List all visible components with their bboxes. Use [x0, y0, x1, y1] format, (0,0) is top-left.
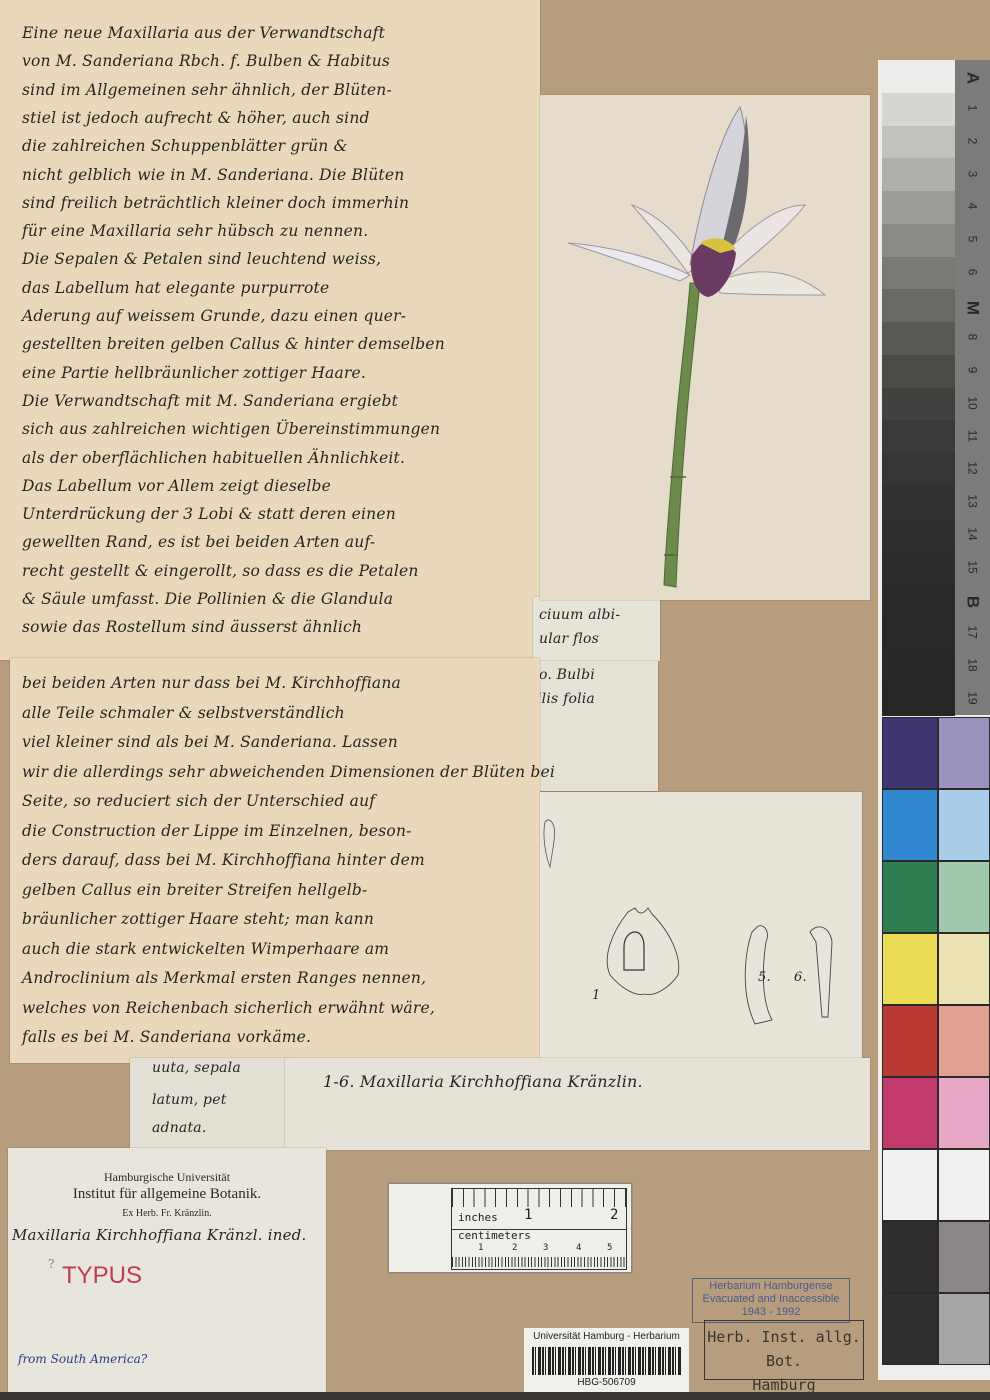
letter-line: bei beiden Arten nur dass bei M. Kirchho…	[22, 674, 401, 692]
letter-line: die zahlreichen Schuppenblätter grün &	[22, 137, 348, 155]
letter-line: wir die allerdings sehr abweichenden Dim…	[22, 763, 555, 781]
letter-line: Eine neue Maxillaria aus der Verwandtsch…	[22, 24, 385, 42]
gray-step	[882, 355, 955, 388]
color-patch	[882, 1221, 938, 1293]
letter-line: Unterdrückung der 3 Lobi & statt deren e…	[22, 505, 396, 523]
letter-line: Seite, so reduciert sich der Unterschied…	[22, 792, 375, 810]
gray-step	[882, 420, 955, 453]
gray-step-label: 1	[966, 91, 980, 126]
color-patch	[938, 933, 990, 1005]
gray-step	[882, 126, 955, 159]
gray-step-label: 11	[966, 418, 980, 453]
gray-step	[882, 224, 955, 257]
gray-step	[882, 519, 955, 552]
origin-note: from South America?	[18, 1352, 147, 1366]
cm-tick-label: 2	[512, 1243, 517, 1253]
pencil-sketch-sheet: 1 5. 6.	[540, 792, 862, 1060]
gray-step	[882, 60, 955, 93]
stamp-line: Evacuated and Inaccessible	[693, 1293, 849, 1306]
gray-step	[882, 257, 955, 290]
gray-step-label: 2	[966, 123, 980, 158]
cm-tick-label: 4	[576, 1243, 581, 1253]
letter-line: & Säule umfasst. Die Pollinien & die Gla…	[22, 590, 393, 608]
letter-line: Aderung auf weissem Grunde, dazu einen q…	[22, 307, 406, 325]
barcode-label: Universität Hamburg - Herbarium HBG-5067…	[524, 1328, 689, 1392]
gray-step	[882, 617, 955, 650]
gray-step	[882, 93, 955, 126]
gray-step	[882, 158, 955, 191]
gray-step-label: 9	[966, 353, 980, 388]
cm-tick-label: 3	[543, 1243, 548, 1253]
latin-line: uuta, sepala	[152, 1060, 241, 1076]
letter-line: sich aus zahlreichen wichtigen Übereinst…	[22, 420, 440, 438]
gray-step	[882, 551, 955, 584]
letter-line: Die Sepalen & Petalen sind leuchtend wei…	[22, 250, 381, 268]
inch-tick-label: 2	[610, 1207, 618, 1223]
latin-description-fragment-3: uuta, sepala latum, pet adnata.	[130, 1058, 290, 1152]
color-patch	[938, 861, 990, 933]
inch-ticks	[452, 1189, 626, 1207]
color-patch	[882, 789, 938, 861]
inches-label: inches	[458, 1211, 498, 1224]
gray-scale	[882, 60, 955, 715]
stamp-line: Herb. Inst. allg. Bot.	[705, 1325, 863, 1373]
letter-line: sind freilich beträchtlich kleiner doch …	[22, 194, 409, 212]
gray-step	[882, 322, 955, 355]
letter-page-1: Eine neue Maxillaria aus der Verwandtsch…	[0, 0, 540, 660]
centimeters-label: centimeters	[458, 1229, 531, 1242]
stamp-line: Herbarium Hamburgense	[693, 1280, 849, 1293]
cm-tick-label: 1	[478, 1243, 483, 1253]
watercolor-orchid-drawing	[540, 95, 870, 600]
color-patch	[938, 1077, 990, 1149]
collection-source: Ex Herb. Fr. Kränzlin.	[8, 1208, 326, 1219]
institute-name: Institut für allgemeine Botanik.	[8, 1186, 326, 1203]
latin-description-fragment-1: ciuum albi- ular flos	[533, 597, 660, 661]
gray-scale-labels: A123456M89101112131415B171819	[955, 60, 990, 715]
color-patch	[882, 1149, 938, 1221]
letter-line: auch die stark entwickelten Wimperhaare …	[22, 940, 389, 958]
gray-step	[882, 388, 955, 421]
gray-step	[882, 453, 955, 486]
gray-step-label: 6	[966, 254, 980, 289]
gray-step-label: 8	[966, 320, 980, 355]
letter-line: stiel ist jedoch aufrecht & höher, auch …	[22, 109, 370, 127]
color-patch	[938, 1293, 990, 1365]
barcode-icon	[532, 1347, 681, 1375]
dissection-sketch-icon	[540, 792, 862, 1060]
gray-step-label: 19	[966, 680, 980, 715]
color-patch	[938, 1221, 990, 1293]
color-patch	[882, 861, 938, 933]
color-patch	[938, 789, 990, 861]
color-patch	[938, 1005, 990, 1077]
cm-tick-label: 5	[607, 1243, 612, 1253]
letter-line: eine Partie hellbräunlicher zottiger Haa…	[22, 364, 366, 382]
typus-question-mark: ?	[48, 1257, 54, 1271]
gray-step-label: 14	[966, 516, 980, 551]
handwritten-species-name: Maxillaria Kirchhoffiana Kränzl. ined.	[12, 1226, 306, 1244]
barcode-id: HBG-506709	[524, 1377, 689, 1388]
letter-line: die Construction der Lippe im Einzelnen,…	[22, 822, 412, 840]
color-patch	[938, 717, 990, 789]
color-patch	[882, 717, 938, 789]
color-patch	[882, 1005, 938, 1077]
latin-line: ilis folia	[537, 691, 595, 707]
figure-caption-sheet: 1-6. Maxillaria Kirchhoffiana Kränzlin.	[285, 1058, 870, 1150]
gray-step	[882, 650, 955, 683]
gray-step-label: 13	[966, 484, 980, 519]
inch-tick-label: 1	[524, 1207, 532, 1223]
gray-step	[882, 289, 955, 322]
figure-label: 5.	[758, 970, 771, 985]
latin-line: o. Bulbi	[539, 667, 595, 683]
color-patch	[882, 933, 938, 1005]
stamp-line: 1943 - 1992	[693, 1306, 849, 1319]
gray-step-label: 15	[966, 549, 980, 584]
letter-line: das Labellum hat elegante purpurrote	[22, 279, 329, 297]
letter-line: für eine Maxillaria sehr hübsch zu nenne…	[22, 222, 368, 240]
figure-label: 6.	[794, 970, 807, 985]
color-patch	[882, 1077, 938, 1149]
letter-line: als der oberflächlichen habituellen Ähnl…	[22, 449, 405, 467]
gray-step-label: 10	[966, 385, 980, 420]
color-calibration-chart: A123456M89101112131415B171819	[878, 60, 990, 1380]
letter-line: Androclinium als Merkmal ersten Ranges n…	[22, 969, 426, 987]
gray-step	[882, 486, 955, 519]
university-name: Hamburgische Universität	[8, 1170, 326, 1185]
letter-line: welches von Reichenbach sicherlich erwäh…	[22, 999, 435, 1017]
scan-edge	[0, 1392, 990, 1400]
figure-caption: 1-6. Maxillaria Kirchhoffiana Kränzlin.	[323, 1072, 643, 1091]
gray-step-label: 4	[966, 189, 980, 224]
gray-step	[882, 682, 955, 715]
letter-line: gewellten Rand, es ist bei beiden Arten …	[22, 533, 375, 551]
gray-step-label: 3	[966, 156, 980, 191]
letter-line: sind im Allgemeinen sehr ähnlich, der Bl…	[22, 81, 392, 99]
herbarium-name: Universität Hamburg - Herbarium	[524, 1331, 689, 1342]
letter-line: bräunlicher zottiger Haare steht; man ka…	[22, 910, 374, 928]
letter-line: nicht gelblich wie in M. Sanderiana. Die…	[22, 166, 404, 184]
gray-step	[882, 584, 955, 617]
evacuation-stamp: Herbarium Hamburgense Evacuated and Inac…	[692, 1278, 850, 1323]
gray-step-label: 5	[966, 222, 980, 257]
letter-line: viel kleiner sind als bei M. Sanderiana.…	[22, 733, 398, 751]
letter-page-2: bei beiden Arten nur dass bei M. Kirchho…	[10, 658, 540, 1063]
ruler-scale: inches 1 2 centimeters 1 2 3 4 5	[451, 1188, 627, 1270]
cm-ticks	[452, 1257, 626, 1267]
letter-line: alle Teile schmaler & selbstverständlich	[22, 704, 345, 722]
typus-stamp: TYPUS	[62, 1262, 142, 1290]
latin-line: ciuum albi-	[539, 607, 620, 623]
latin-line: adnata.	[152, 1120, 207, 1136]
letter-line: ders darauf, dass bei M. Kirchhoffiana h…	[22, 851, 425, 869]
letter-line: gestellten breiten gelben Callus & hinte…	[22, 335, 445, 353]
gray-step-label: 18	[966, 647, 980, 682]
color-patch	[938, 1149, 990, 1221]
letter-line: falls es bei M. Sanderiana vorkäme.	[22, 1028, 311, 1046]
orchid-illustration-icon	[540, 95, 870, 600]
letter-line: von M. Sanderiana Rbch. f. Bulben & Habi…	[22, 52, 390, 70]
scale-ruler: inches 1 2 centimeters 1 2 3 4 5	[388, 1183, 632, 1273]
letter-line: recht gestellt & eingerollt, so dass es …	[22, 562, 419, 580]
gray-step-label: 12	[966, 451, 980, 486]
institute-stamp: Herb. Inst. allg. Bot. Hamburg	[704, 1320, 864, 1380]
letter-line: Die Verwandtschaft mit M. Sanderiana erg…	[22, 392, 398, 410]
latin-line: ular flos	[539, 631, 599, 647]
figure-label: 1	[592, 988, 600, 1003]
gray-step-label: 17	[966, 615, 980, 650]
letter-line: gelben Callus ein breiter Streifen hellg…	[22, 881, 367, 899]
gray-step	[882, 191, 955, 224]
latin-line: latum, pet	[152, 1092, 227, 1108]
color-patch	[882, 1293, 938, 1365]
letter-line: Das Labellum vor Allem zeigt dieselbe	[22, 477, 331, 495]
letter-line: sowie das Rostellum sind äusserst ähnlic…	[22, 618, 362, 636]
